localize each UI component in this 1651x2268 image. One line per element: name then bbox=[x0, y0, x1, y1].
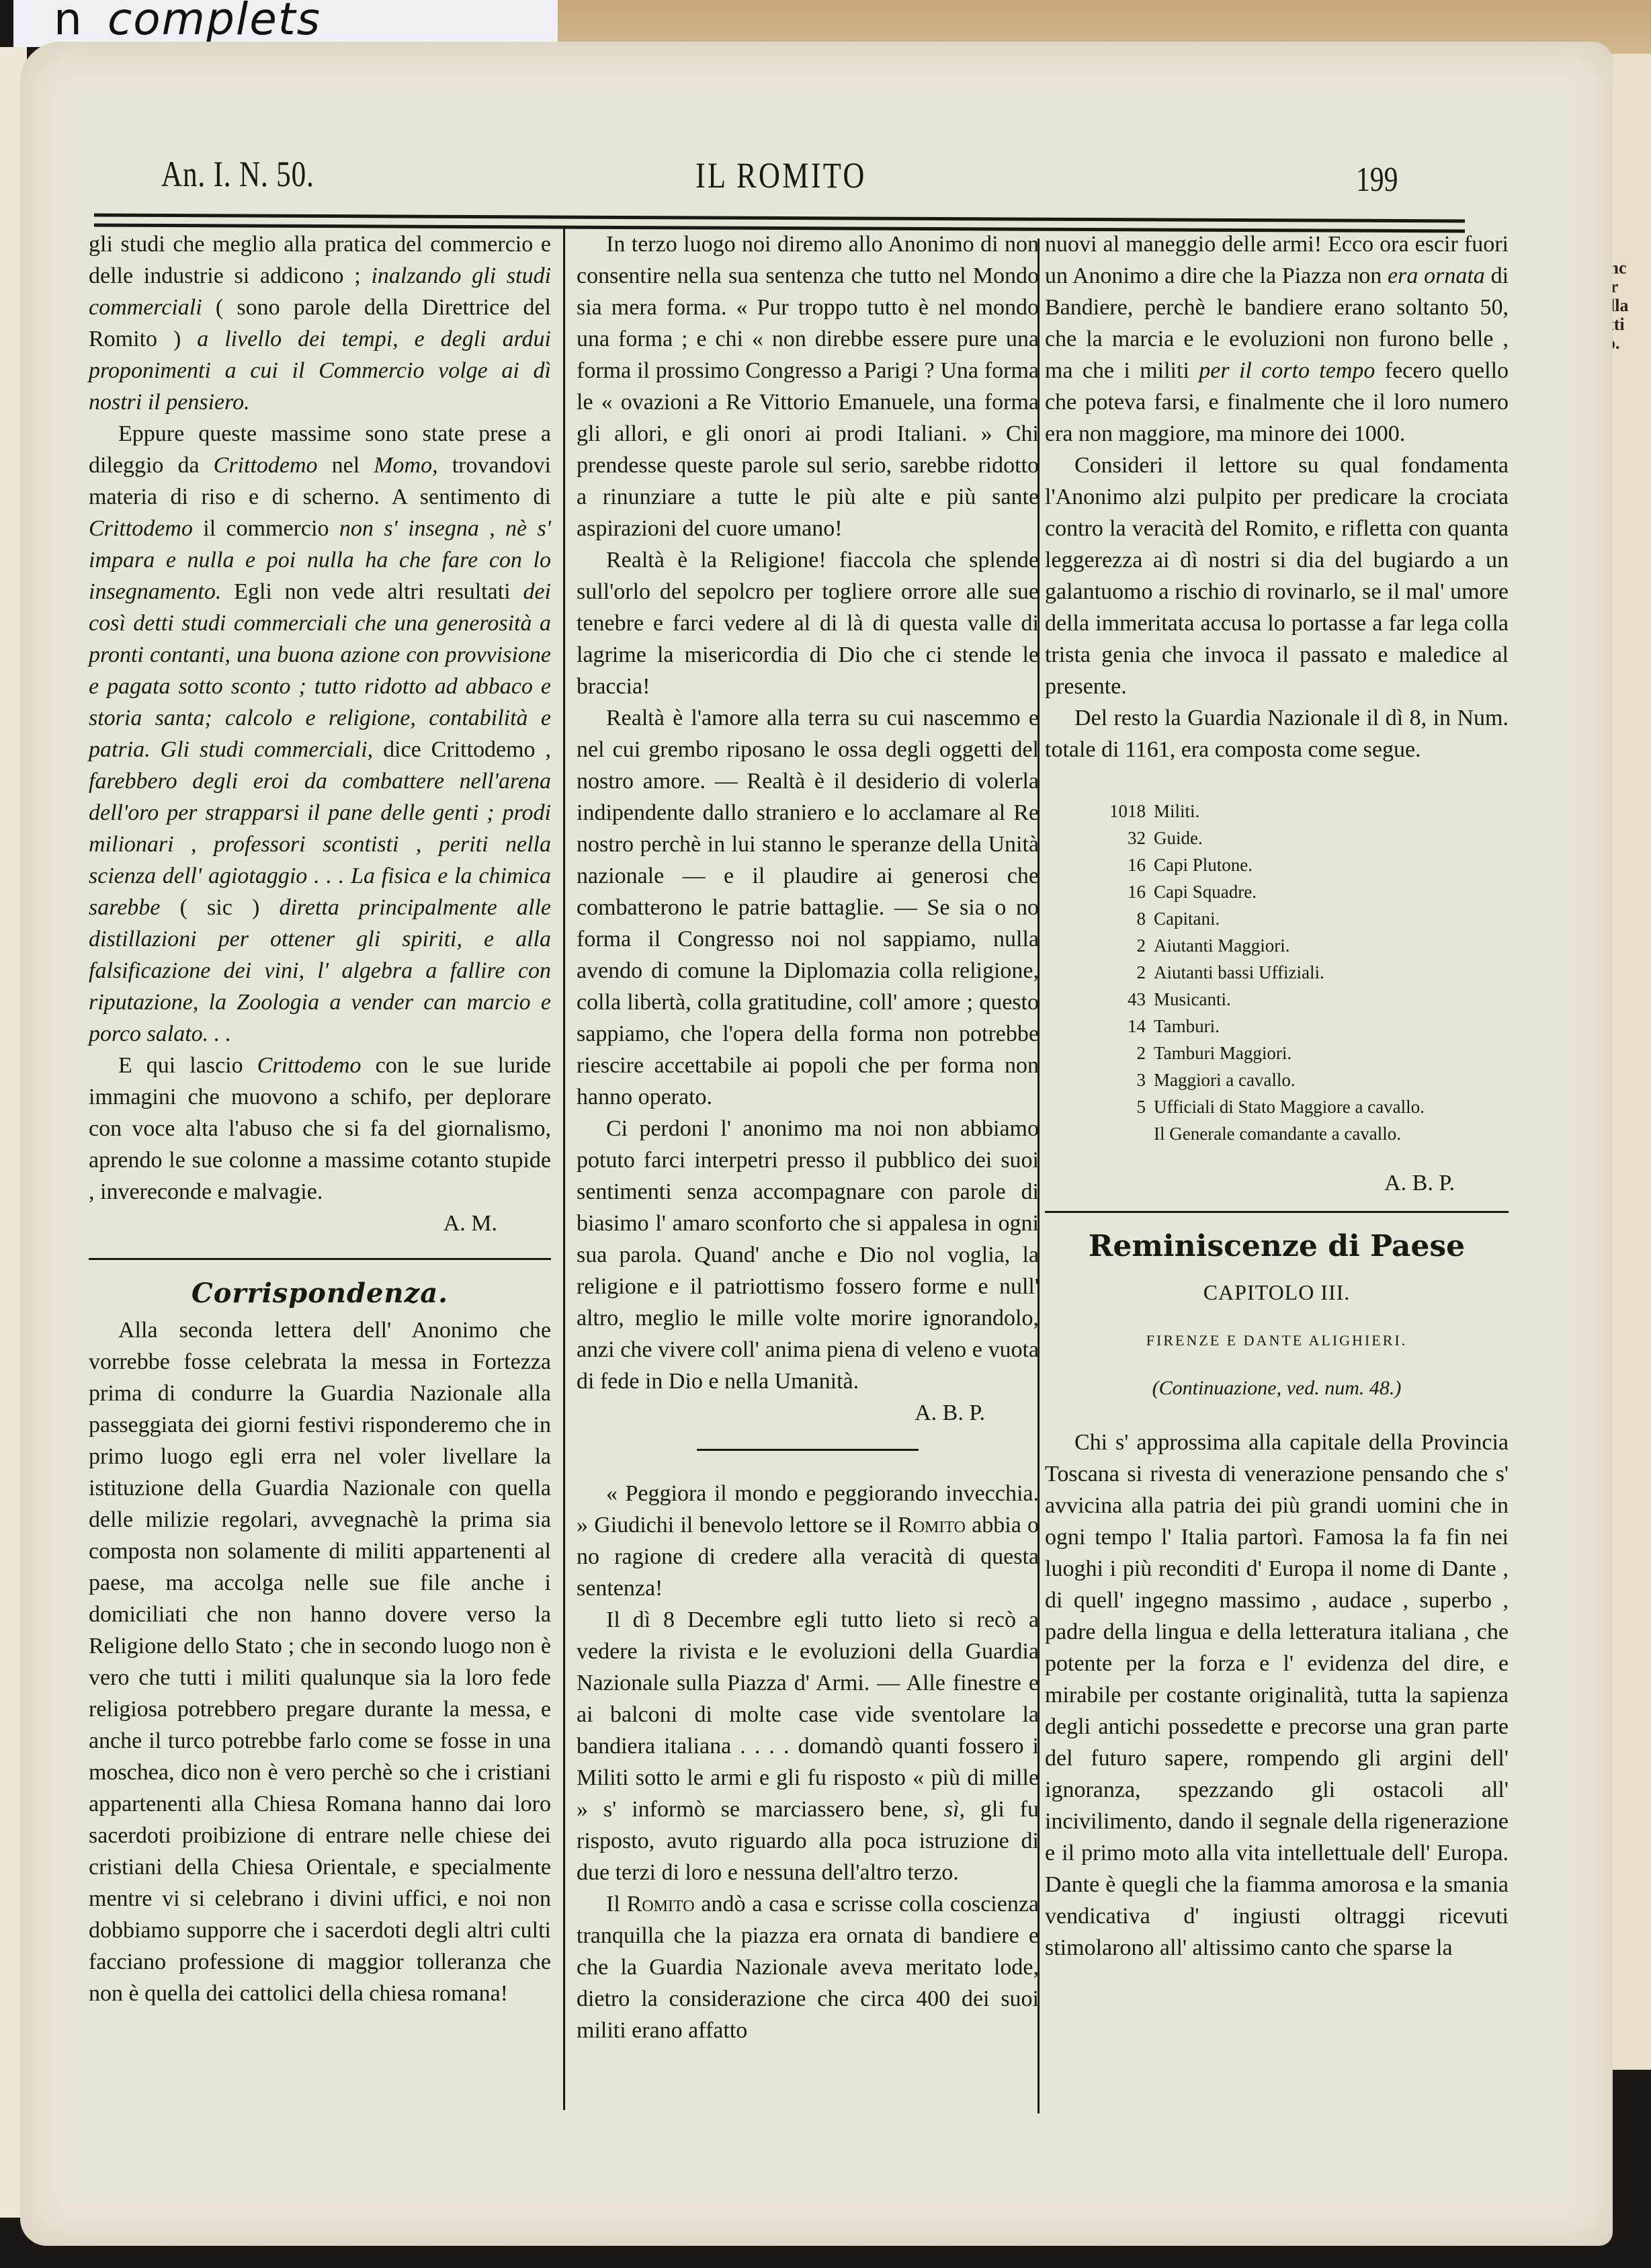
paragraph: Del resto la Guardia Nazionale il dì 8, … bbox=[1045, 702, 1509, 765]
paragraph: Alla seconda lettera dell' Anonimo che v… bbox=[89, 1314, 551, 2009]
small-caps-text: Romito bbox=[898, 1513, 966, 1538]
section-title: Corrispondenza. bbox=[89, 1277, 551, 1309]
text: Il dì 8 Decembre egli tutto lieto si rec… bbox=[577, 1607, 1039, 1822]
italic-text: Crittodemo bbox=[214, 453, 318, 478]
roster-row: 16Capi Squadre. bbox=[1045, 878, 1509, 905]
roster-role: Maggiori a cavallo. bbox=[1154, 1066, 1509, 1093]
roster-role: Capitani. bbox=[1154, 905, 1509, 932]
column-1: gli studi che meglio alla pratica del co… bbox=[89, 228, 551, 2009]
roster-role: Tamburi Maggiori. bbox=[1154, 1040, 1509, 1066]
chapter-heading: CAPITOLO III. bbox=[1045, 1277, 1509, 1308]
italic-text: Crittodemo bbox=[257, 1053, 362, 1078]
roster-row: 2Tamburi Maggiori. bbox=[1045, 1040, 1509, 1066]
paragraph: gli studi che meglio alla pratica del co… bbox=[89, 228, 551, 418]
page-number: 199 bbox=[1356, 160, 1398, 200]
roster-count: 43 bbox=[1045, 986, 1154, 1013]
roster-row: Il Generale comandante a cavallo. bbox=[1045, 1120, 1509, 1147]
paragraph: Il Romito andò a casa e scrisse colla co… bbox=[577, 1888, 1039, 2046]
article-title: Reminiscenze di Paese bbox=[1045, 1230, 1509, 1262]
masthead: An. I. N. 50. IL ROMITO 199 bbox=[0, 153, 1651, 200]
roster-role: Guide. bbox=[1154, 825, 1509, 851]
roster-role: Militi. bbox=[1154, 798, 1509, 825]
continuation-note: (Continuazione, ved. num. 48.) bbox=[1045, 1372, 1509, 1404]
roster-role: Il Generale comandante a cavallo. bbox=[1154, 1120, 1509, 1147]
italic-text: sì, bbox=[944, 1797, 965, 1822]
column-2: In terzo luogo noi diremo allo Anonimo d… bbox=[577, 228, 1039, 2046]
roster-role: Aiutanti bassi Uffiziali. bbox=[1154, 959, 1509, 986]
roster-row: 2Aiutanti Maggiori. bbox=[1045, 932, 1509, 959]
roster-role: Aiutanti Maggiori. bbox=[1154, 932, 1509, 959]
small-caps-text: Romito bbox=[627, 1892, 695, 1917]
roster-row: 14Tamburi. bbox=[1045, 1013, 1509, 1040]
roster-role: Musicanti. bbox=[1154, 986, 1509, 1013]
roster-row: 43Musicanti. bbox=[1045, 986, 1509, 1013]
signature: A. B. P. bbox=[577, 1397, 1039, 1429]
roster-role: Capi Squadre. bbox=[1154, 878, 1509, 905]
roster-count: 16 bbox=[1045, 878, 1154, 905]
roster-count: 5 bbox=[1045, 1093, 1154, 1120]
roster-row: 2Aiutanti bassi Uffiziali. bbox=[1045, 959, 1509, 986]
paragraph: Consideri il lettore su qual fondamenta … bbox=[1045, 450, 1509, 702]
paragraph: E qui lascio Crittodemo con le sue lurid… bbox=[89, 1050, 551, 1208]
signature: A. B. P. bbox=[1045, 1167, 1509, 1199]
italic-text: (Continuazione, ved. num. 48.) bbox=[1152, 1377, 1402, 1399]
text: E qui lascio bbox=[118, 1053, 243, 1078]
italic-text: era ornata bbox=[1388, 263, 1485, 288]
paragraph: Il dì 8 Decembre egli tutto lieto si rec… bbox=[577, 1604, 1039, 1888]
italic-text: dei così detti studi commerciali che una… bbox=[89, 579, 551, 762]
column-divider-1 bbox=[563, 228, 565, 2110]
roster-row: 16Capi Plutone. bbox=[1045, 851, 1509, 878]
text: Egli non vede altri resultati bbox=[234, 579, 510, 604]
label-text: complets bbox=[108, 0, 321, 45]
column-3: nuovi al maneggio delle armi! Ecco ora e… bbox=[1045, 228, 1509, 1964]
paragraph: Realtà è l'amore alla terra su cui nasce… bbox=[577, 702, 1039, 1113]
paragraph: nuovi al maneggio delle armi! Ecco ora e… bbox=[1045, 228, 1509, 450]
roster-count: 14 bbox=[1045, 1013, 1154, 1040]
guard-roster-list: 1018Militi. 32Guide. 16Capi Plutone. 16C… bbox=[1045, 798, 1509, 1147]
roster-count: 16 bbox=[1045, 851, 1154, 878]
paragraph: « Peggiora il mondo e peggiorando invecc… bbox=[577, 1478, 1039, 1604]
italic-text: Momo, bbox=[374, 453, 437, 478]
text: ( sic ) bbox=[180, 895, 260, 920]
chapter-subtitle: FIRENZE E DANTE ALIGHIERI. bbox=[1045, 1325, 1509, 1356]
paragraph: Realtà è la Religione! fiaccola che sple… bbox=[577, 544, 1039, 702]
signature: A. M. bbox=[89, 1208, 551, 1239]
text: Il bbox=[606, 1892, 620, 1917]
section-divider bbox=[89, 1258, 551, 1260]
italic-text: per il corto tempo bbox=[1199, 358, 1375, 383]
roster-row: 8Capitani. bbox=[1045, 905, 1509, 932]
roster-count: 32 bbox=[1045, 825, 1154, 851]
roster-count: 2 bbox=[1045, 932, 1154, 959]
handwritten-label-card: n complets bbox=[13, 0, 558, 47]
italic-text: Crittodemo bbox=[89, 516, 193, 541]
paragraph: Chi s' approssima alla capitale della Pr… bbox=[1045, 1427, 1509, 1964]
label-prefix: n bbox=[54, 0, 82, 45]
roster-count: 2 bbox=[1045, 1040, 1154, 1066]
paragraph: Ci perdoni l' anonimo ma noi non abbiamo… bbox=[577, 1113, 1039, 1397]
newspaper-title: IL ROMITO bbox=[695, 155, 867, 196]
roster-role: Capi Plutone. bbox=[1154, 851, 1509, 878]
paragraph: In terzo luogo noi diremo allo Anonimo d… bbox=[577, 228, 1039, 544]
text: dice Crittodemo , bbox=[383, 737, 551, 762]
roster-row: 5Ufficiali di Stato Maggiore a cavallo. bbox=[1045, 1093, 1509, 1120]
paragraph: Eppure queste massime sono state prese a… bbox=[89, 418, 551, 1050]
roster-row: 3Maggiori a cavallo. bbox=[1045, 1066, 1509, 1093]
roster-row: 32Guide. bbox=[1045, 825, 1509, 851]
roster-count bbox=[1045, 1120, 1154, 1147]
roster-count: 1018 bbox=[1045, 798, 1154, 825]
text: « Peggiora il mondo e peggiorando invecc… bbox=[577, 1481, 1039, 1538]
text: nel bbox=[332, 453, 360, 478]
section-divider bbox=[1045, 1211, 1509, 1213]
issue-number: An. I. N. 50. bbox=[161, 153, 314, 195]
roster-count: 2 bbox=[1045, 959, 1154, 986]
roster-count: 8 bbox=[1045, 905, 1154, 932]
roster-role: Tamburi. bbox=[1154, 1013, 1509, 1040]
section-divider bbox=[697, 1449, 919, 1451]
roster-count: 3 bbox=[1045, 1066, 1154, 1093]
text: il commercio bbox=[203, 516, 329, 541]
roster-role: Ufficiali di Stato Maggiore a cavallo. bbox=[1154, 1093, 1509, 1120]
roster-row: 1018Militi. bbox=[1045, 798, 1509, 825]
